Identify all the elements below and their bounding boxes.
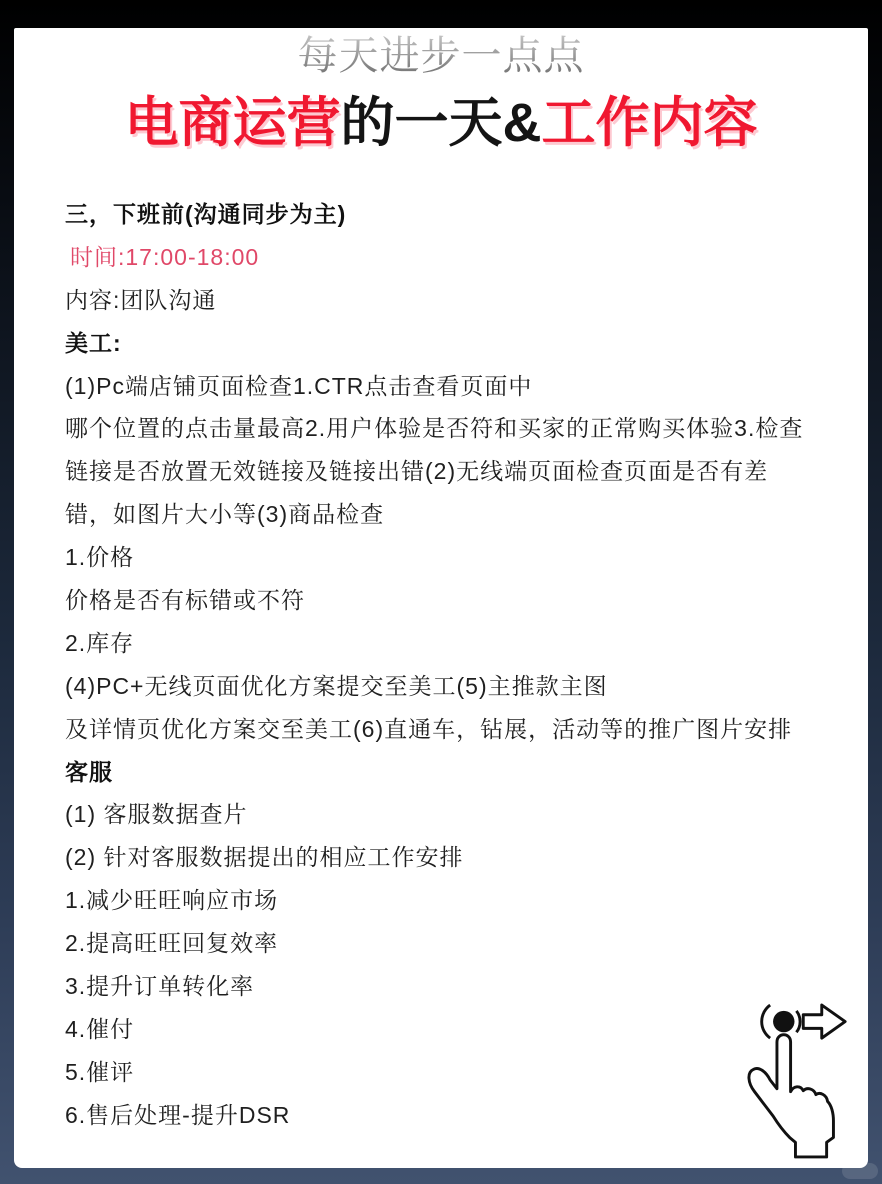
text-line: 时间:17:00-18:00	[65, 236, 832, 279]
text-line: 6.售后处理-提升DSR	[65, 1094, 832, 1137]
text-line: 2.库存	[65, 622, 832, 665]
text-line: 哪个位置的点击量最高2.用户体验是否符和买家的正常购买体验3.检查	[65, 407, 832, 450]
note-card: 每天进步一点点 电商运营的一天&工作内容 三，下班前(沟通同步为主)时间:17:…	[14, 28, 868, 1168]
text-line: (1)Pc端店铺页面检查1.CTR点击查看页面中	[65, 365, 832, 408]
title-plain-text: 的一天&	[341, 93, 542, 153]
text-line: 4.催付	[65, 1008, 832, 1051]
tap-swipe-right-icon	[738, 995, 850, 1165]
right-arrow-icon	[803, 1005, 845, 1038]
text-line: (4)PC+无线页面优化方案提交至美工(5)主推款主图	[65, 665, 832, 708]
text-line: 客服	[65, 751, 832, 794]
pointing-hand-icon	[749, 1035, 834, 1157]
text-line: (2) 针对客服数据提出的相应工作安排	[65, 836, 832, 879]
touch-ripple-right	[796, 1011, 800, 1032]
text-line: 5.催评	[65, 1051, 832, 1094]
text-line: 2.提高旺旺回复效率	[65, 922, 832, 965]
watermark-heading: 每天进步一点点	[14, 34, 868, 78]
text-line: 链接是否放置无效链接及链接出错(2)无线端页面检查页面是否有差	[65, 450, 832, 493]
page-title: 电商运营的一天&工作内容	[14, 92, 868, 154]
touch-dot	[773, 1011, 794, 1032]
text-line: 1.减少旺旺响应市场	[65, 879, 832, 922]
text-line: 价格是否有标错或不符	[65, 579, 832, 622]
title-accent-text: 工作内容	[542, 93, 758, 153]
title-accent-text: 电商运营	[125, 93, 341, 153]
text-line: 1.价格	[65, 536, 832, 579]
text-line: 内容:团队沟通	[65, 279, 832, 322]
text-line: (1) 客服数据查片	[65, 793, 832, 836]
touch-ripple-left	[762, 1005, 770, 1038]
text-line: 三，下班前(沟通同步为主)	[65, 193, 832, 236]
text-line: 及详情页优化方案交至美工(6)直通车，钻展，活动等的推广图片安排	[65, 708, 832, 751]
corner-watermark	[842, 1163, 878, 1179]
text-line: 美工:	[65, 322, 832, 365]
text-line: 3.提升订单转化率	[65, 965, 832, 1008]
text-line: 错，如图片大小等(3)商品检查	[65, 493, 832, 536]
